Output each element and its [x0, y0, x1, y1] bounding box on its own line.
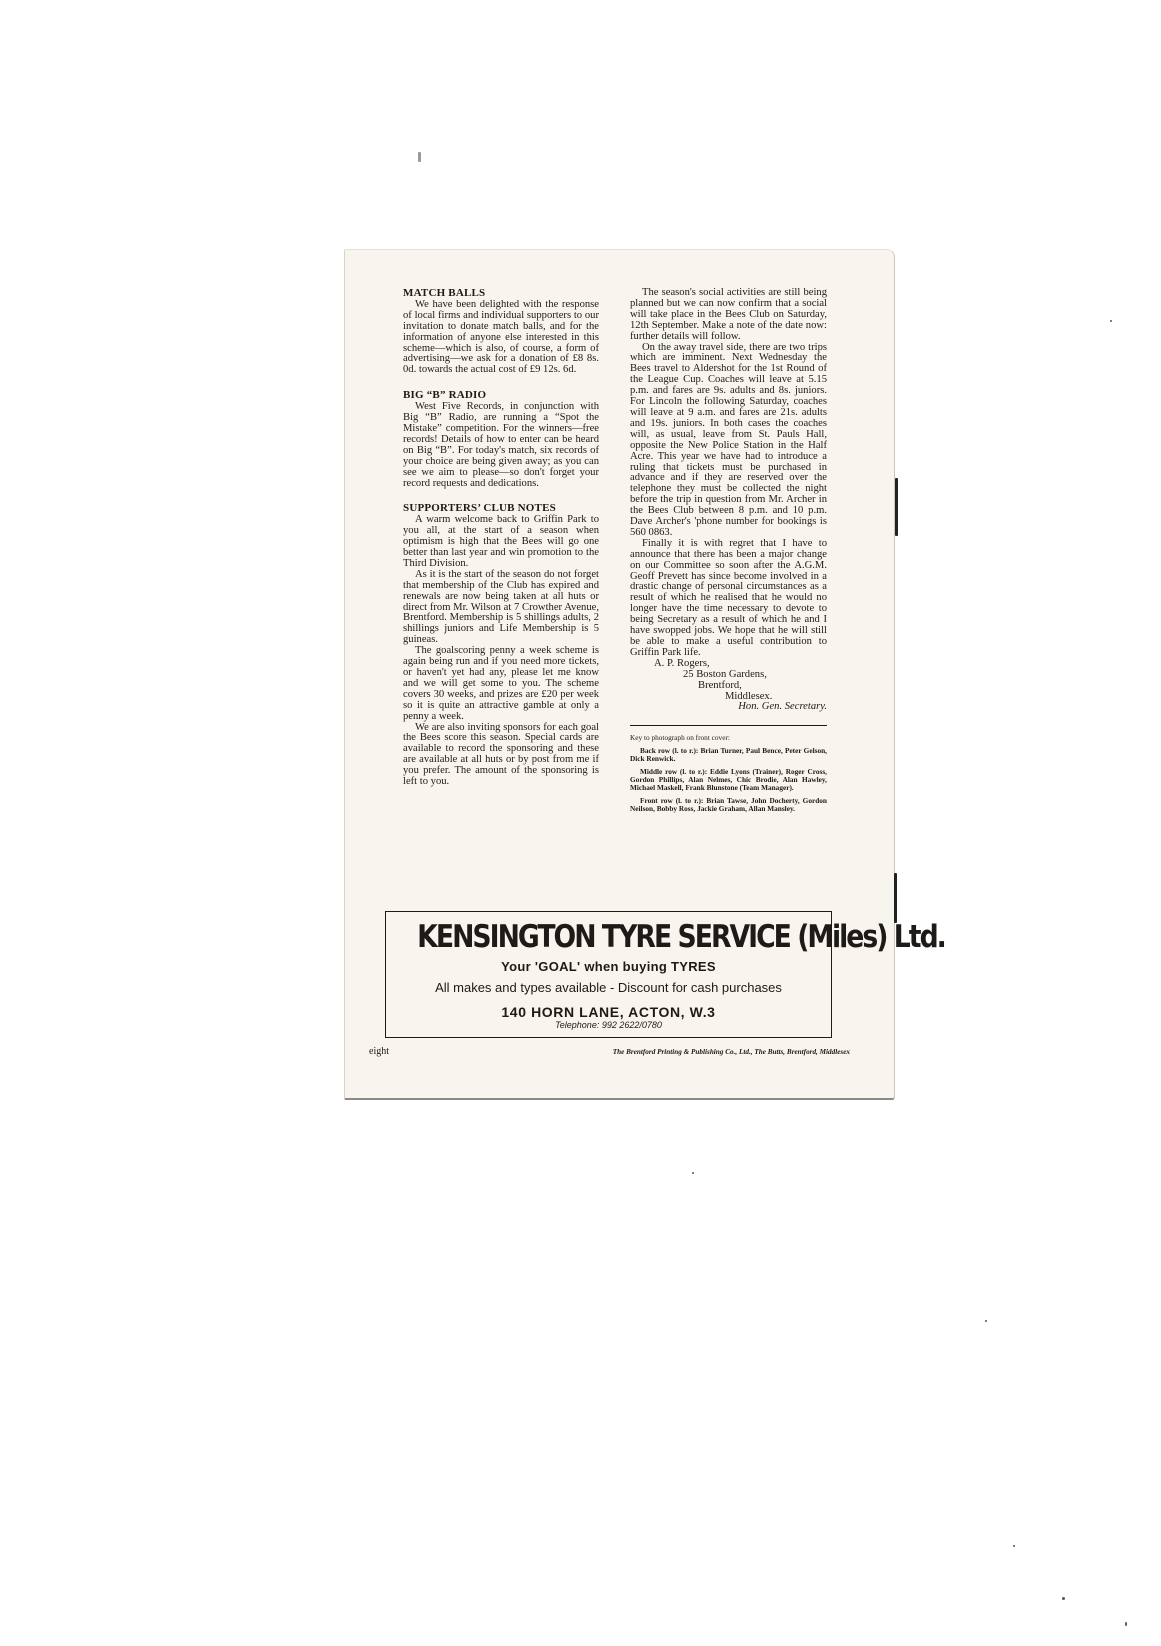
dust-speck: [985, 1320, 987, 1322]
photo-key-row: Back row (l. to r.): Brian Turner, Paul …: [630, 747, 827, 763]
photo-key-row: Front row (l. to r.): Brian Tawse, John …: [630, 797, 827, 813]
paragraph: We have been delighted with the response…: [403, 300, 599, 376]
advert-telephone: Telephone: 992 2622/0780: [386, 1020, 831, 1030]
paragraph: The season's social activities are still…: [630, 288, 827, 343]
section-supporters-club-notes: SUPPORTERS’ CLUB NOTES A warm welcome ba…: [403, 503, 599, 788]
paragraph: As it is the start of the season do not …: [403, 570, 599, 646]
signature-block: A. P. Rogers, 25 Boston Gardens, Brentfo…: [630, 659, 827, 714]
paragraph: West Five Records, in conjunction with B…: [403, 402, 599, 489]
advert-offer: All makes and types available - Discount…: [386, 980, 831, 995]
programme-page: MATCH BALLS We have been delighted with …: [344, 249, 895, 1100]
photo-key: Key to photograph on front cover: Back r…: [630, 734, 827, 813]
staple-mark: [895, 478, 898, 536]
right-column: The season's social activities are still…: [630, 288, 827, 818]
paragraph: A warm welcome back to Griffin Park to y…: [403, 515, 599, 570]
dust-speck: [418, 152, 421, 162]
section-heading: SUPPORTERS’ CLUB NOTES: [403, 503, 599, 514]
staple-mark: [894, 873, 897, 923]
section-big-b-radio: BIG “B” RADIO West Five Records, in conj…: [403, 390, 599, 489]
signature-address: 25 Boston Gardens,: [630, 670, 827, 681]
paragraph: On the away travel side, there are two t…: [630, 343, 827, 539]
paragraph: We are also inviting sponsors for each g…: [403, 723, 599, 788]
divider: [630, 725, 827, 726]
paragraph: Finally it is with regret that I have to…: [630, 539, 827, 659]
advert-slogan: Your 'GOAL' when buying TYRES: [386, 959, 831, 974]
advertisement-box: KENSINGTON TYRE SERVICE (Miles) Ltd. You…: [385, 911, 832, 1038]
dust-speck: [1125, 1622, 1127, 1626]
section-heading: BIG “B” RADIO: [403, 390, 599, 401]
dust-speck: [1013, 1545, 1015, 1547]
section-match-balls: MATCH BALLS We have been delighted with …: [403, 288, 599, 376]
paragraph: The goalscoring penny a week scheme is a…: [403, 646, 599, 722]
advert-address: 140 HORN LANE, ACTON, W.3: [386, 1004, 831, 1020]
section-heading: MATCH BALLS: [403, 288, 599, 299]
dust-speck: [1110, 320, 1112, 322]
signature-title: Hon. Gen. Secretary.: [630, 702, 827, 713]
dust-speck: [1062, 1597, 1065, 1600]
printer-credit: The Brentford Printing & Publishing Co.,…: [613, 1048, 850, 1056]
photo-key-intro: Key to photograph on front cover:: [630, 734, 827, 742]
left-column: MATCH BALLS We have been delighted with …: [403, 288, 599, 788]
advert-company: KENSINGTON TYRE SERVICE (Miles) Ltd.: [417, 920, 800, 954]
signature-address: Brentford,: [630, 681, 827, 692]
page-number: eight: [369, 1046, 389, 1057]
dust-speck: [692, 1172, 694, 1174]
photo-key-row: Middle row (l. to r.): Eddie Lyons (Trai…: [630, 768, 827, 792]
